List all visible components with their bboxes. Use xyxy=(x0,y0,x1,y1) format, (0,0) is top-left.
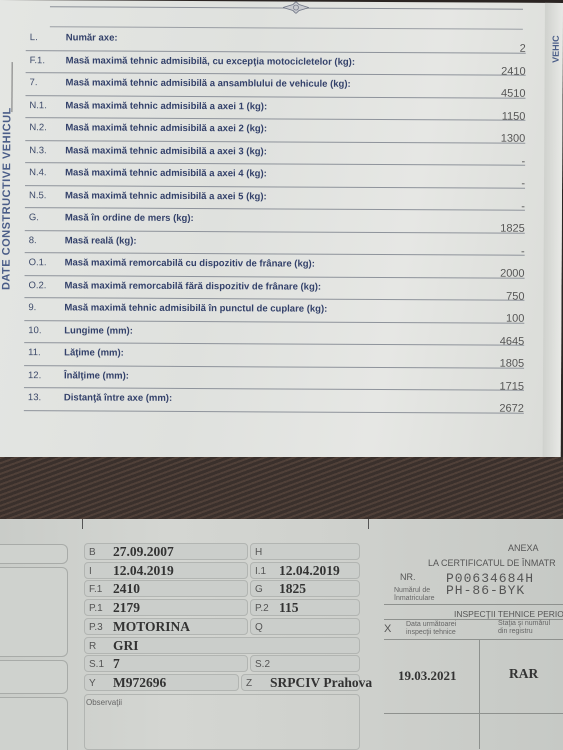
spec-label: Masă maximă tehnic admisibilă a axei 3 (… xyxy=(65,145,267,157)
side-section-label: DATE CONSTRUCTIVE VEHICUL xyxy=(0,120,15,290)
certificate-field: ZSRPCIV Prahova xyxy=(241,674,360,691)
spec-row: L.Număr axe:2 xyxy=(26,28,526,53)
spec-code: F.1. xyxy=(30,55,45,66)
next-page-edge: VEHIC xyxy=(543,3,563,460)
certificate-field: RGRI xyxy=(84,637,360,654)
spec-code: N.4. xyxy=(29,167,46,178)
vehicle-specs-page: DATE CONSTRUCTIVE VEHICUL VEHIC L.Număr … xyxy=(0,0,563,460)
annex-section: ANEXA LA CERTIFICATUL DE ÎNMATR NR. P006… xyxy=(376,528,563,750)
certificate-field: YM972696 xyxy=(84,674,239,691)
field-value: 12.04.2019 xyxy=(113,563,174,579)
left-box xyxy=(0,544,68,564)
spec-code: 7. xyxy=(30,77,38,88)
certificate-field: S.17 xyxy=(84,655,248,672)
certificate-row: RGRI xyxy=(84,637,360,655)
spec-label: Masă maximă tehnic admisibilă a ansamblu… xyxy=(66,77,351,89)
left-box xyxy=(0,567,68,657)
spec-label: Masă maximă tehnic admisibilă a axei 4 (… xyxy=(65,167,267,179)
certificate-field: I12.04.2019 xyxy=(84,562,248,579)
nr-label: NR. xyxy=(400,572,416,582)
card-divider xyxy=(368,519,369,529)
spec-label: Lăţime (mm): xyxy=(64,347,124,358)
x-label: X xyxy=(384,623,391,635)
spec-row: 10.Lungime (mm):4645 xyxy=(24,321,524,346)
field-value: 12.04.2019 xyxy=(279,563,340,579)
inspections-title: INSPECŢII TEHNICE PERIOD xyxy=(454,609,563,619)
spec-row: F.1.Masă maximă tehnic admisibilă, cu ex… xyxy=(26,51,526,76)
spec-code: 10. xyxy=(28,325,41,336)
spec-value: 2672 xyxy=(499,403,524,415)
certificate-field: P.3MOTORINA xyxy=(84,618,248,635)
next-inspection-date: 19.03.2021 xyxy=(398,668,457,684)
certificate-field: Q xyxy=(250,618,360,635)
certificate-field: S.2 xyxy=(250,655,360,672)
column-divider xyxy=(479,639,480,749)
spec-code: O.2. xyxy=(28,280,46,291)
field-value: SRPCIV Prahova xyxy=(270,675,372,691)
spec-label: Masă maximă remorcabilă fără dispozitiv … xyxy=(64,280,321,292)
spec-label: Masă în ordine de mers (kg): xyxy=(65,212,194,224)
spec-code: O.1. xyxy=(29,257,47,268)
certificate-row: YM972696ZSRPCIV Prahova xyxy=(84,674,360,692)
left-box xyxy=(0,697,68,750)
certificate-row: S.17S.2 xyxy=(84,655,360,673)
inspection-station: RAR xyxy=(509,666,538,682)
spec-code: 9. xyxy=(28,302,36,313)
plate-label: Numărul de înmatriculare xyxy=(394,587,444,603)
field-key: P.3 xyxy=(89,622,103,633)
field-value: MOTORINA xyxy=(113,619,190,635)
spec-code: N.1. xyxy=(29,100,46,111)
spec-row: 11.Lăţime (mm):1805 xyxy=(24,343,524,368)
certificate-field: P.2115 xyxy=(250,599,360,616)
certificate-row: B27.09.2007H xyxy=(84,543,360,561)
spec-label: Masă maximă tehnic admisibilă, cu excepţ… xyxy=(66,55,355,68)
spec-row: O.1.Masă maximă remorcabilă cu dispoziti… xyxy=(25,253,525,278)
spec-row: N.5.Masă maximă tehnic admisibilă a axei… xyxy=(25,186,525,211)
field-key: Z xyxy=(246,678,252,689)
spec-row: 12.Înălţime (mm):1715 xyxy=(24,366,524,391)
field-key: S.1 xyxy=(89,659,104,670)
observations-box xyxy=(84,694,360,750)
ornament-icon xyxy=(283,1,309,13)
spec-label: Lungime (mm): xyxy=(64,325,133,336)
spec-row: 7.Masă maximă tehnic admisibilă a ansamb… xyxy=(25,73,525,98)
field-key: B xyxy=(89,547,96,558)
spec-code: 12. xyxy=(28,370,41,381)
next-date-label: Data următoarei inspecţii tehnice xyxy=(406,621,466,637)
spec-label: Masă maximă tehnic admisibilă în punctul… xyxy=(64,302,327,314)
field-key: S.2 xyxy=(255,659,270,670)
spec-row: G.Masă în ordine de mers (kg):1825 xyxy=(25,208,525,233)
spec-rows: L.Număr axe:2F.1.Masă maximă tehnic admi… xyxy=(24,28,526,413)
field-key: I xyxy=(89,566,92,577)
side-bracket xyxy=(11,62,13,112)
plate-value: PH-86-BYK xyxy=(446,583,525,598)
divider xyxy=(384,639,563,640)
field-value: 115 xyxy=(279,600,299,616)
left-box xyxy=(0,660,68,694)
observations-label: Observaţii xyxy=(86,698,122,707)
spec-row: 8.Masă reală (kg):- xyxy=(25,231,525,256)
certificate-field: F.12410 xyxy=(84,580,248,597)
field-key: P.1 xyxy=(89,603,103,614)
spec-row: N.2.Masă maximă tehnic admisibilă a axei… xyxy=(25,118,525,143)
certificate-field: I.112.04.2019 xyxy=(250,562,360,579)
spec-row: O.2.Masă maximă remorcabilă fără dispozi… xyxy=(24,276,524,301)
spec-label: Masă maximă tehnic admisibilă a axei 5 (… xyxy=(65,190,267,202)
spec-label: Număr axe: xyxy=(66,32,118,43)
annex-subtitle: LA CERTIFICATUL DE ÎNMATR xyxy=(428,558,556,568)
certificate-field: H xyxy=(250,543,360,560)
spec-code: N.3. xyxy=(29,145,46,156)
card-divider xyxy=(82,519,83,529)
divider xyxy=(384,604,563,605)
field-value: 2410 xyxy=(113,581,140,597)
field-value: M972696 xyxy=(113,675,166,691)
certificate-row: F.12410G1825 xyxy=(84,580,360,598)
spec-label: Distanţă între axe (mm): xyxy=(64,392,172,404)
spec-row: N.1.Masă maximă tehnic admisibilă a axei… xyxy=(25,96,525,121)
field-key: H xyxy=(255,547,262,558)
field-key: I.1 xyxy=(255,566,266,577)
spec-code: N.2. xyxy=(29,122,46,133)
fabric-background xyxy=(0,457,563,519)
field-value: GRI xyxy=(113,638,139,654)
certificate-row: P.12179P.2115 xyxy=(84,599,360,617)
field-key: G xyxy=(255,584,263,595)
field-key: Q xyxy=(255,622,263,633)
certificate-field: B27.09.2007 xyxy=(84,543,248,560)
station-label: Staţia şi numărul din registru xyxy=(498,620,558,636)
certificate-row: I12.04.2019I.112.04.2019 xyxy=(84,562,360,580)
spec-label: Masă reală (kg): xyxy=(65,235,137,246)
spec-row: N.4.Masă maximă tehnic admisibilă a axei… xyxy=(25,163,525,188)
spec-code: G. xyxy=(29,212,39,223)
annex-title: ANEXA xyxy=(508,543,539,553)
field-key: Y xyxy=(89,678,96,689)
certificate-row: P.3MOTORINAQ xyxy=(84,618,360,636)
field-key: F.1 xyxy=(89,584,102,595)
spec-code: 11. xyxy=(28,347,41,358)
next-page-edge-text: VEHIC xyxy=(551,3,561,63)
field-key: R xyxy=(89,641,96,652)
field-value: 7 xyxy=(113,656,120,672)
field-value: 1825 xyxy=(279,581,306,597)
certificate-field: P.12179 xyxy=(84,599,248,616)
spec-code: N.5. xyxy=(29,190,46,201)
spec-row: 13.Distanţă între axe (mm):2672 xyxy=(24,388,524,413)
spec-label: Masă maximă tehnic admisibilă a axei 2 (… xyxy=(65,122,267,134)
spec-code: 13. xyxy=(28,392,41,403)
spec-code: 8. xyxy=(29,235,37,246)
field-value: 27.09.2007 xyxy=(113,544,174,560)
field-value: 2179 xyxy=(113,600,140,616)
spec-row: N.3.Masă maximă tehnic admisibilă a axei… xyxy=(25,141,525,166)
spec-code: L. xyxy=(30,32,38,43)
spec-row: 9.Masă maximă tehnic admisibilă în punct… xyxy=(24,298,524,323)
field-key: P.2 xyxy=(255,603,269,614)
divider xyxy=(384,713,563,714)
spec-label: Masă maximă remorcabilă cu dispozitiv de… xyxy=(65,257,315,269)
spec-label: Înălţime (mm): xyxy=(64,370,129,381)
certificate-field: G1825 xyxy=(250,580,360,597)
spec-label: Masă maximă tehnic admisibilă a axei 1 (… xyxy=(65,100,267,112)
